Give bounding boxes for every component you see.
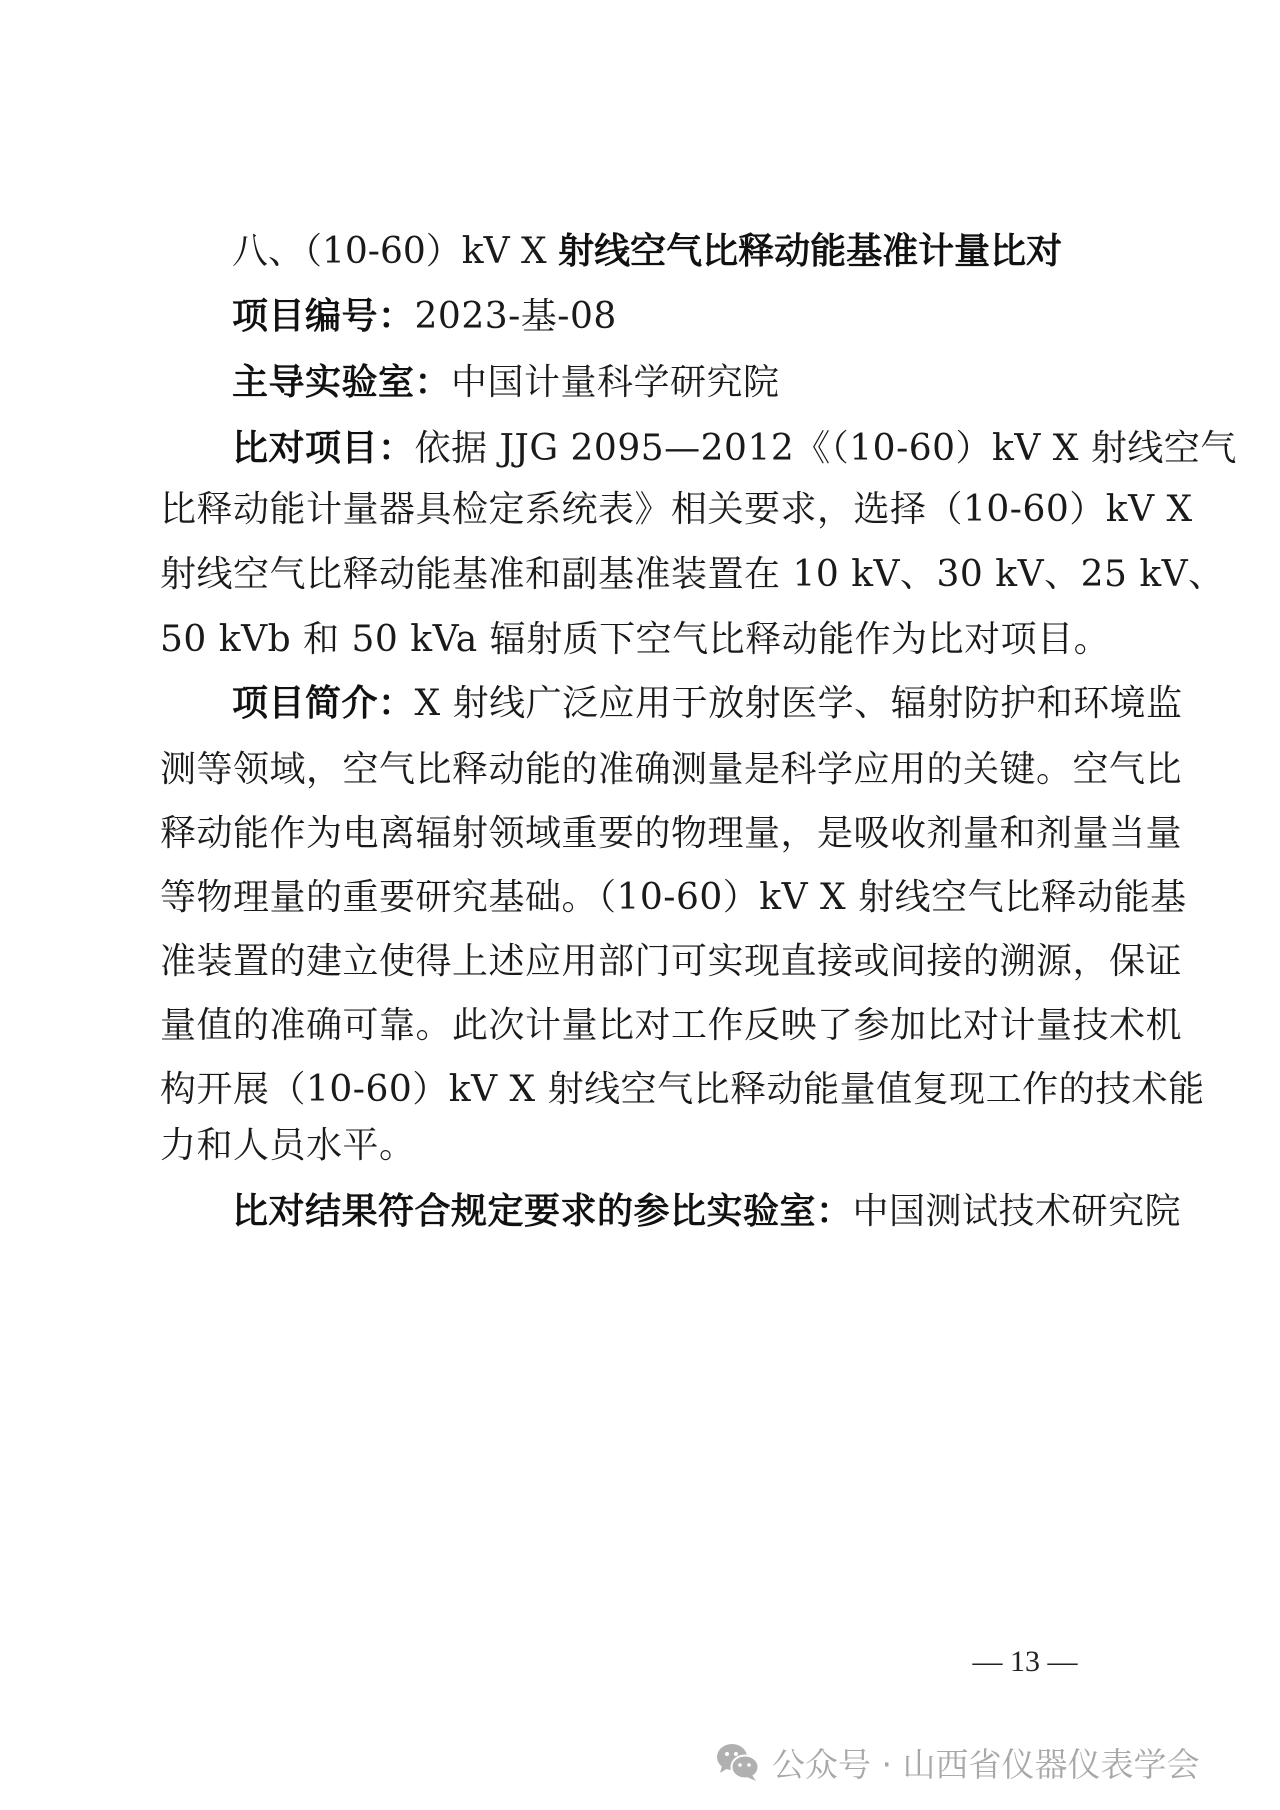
- introduction-line-5: 准装置的建立使得上述应用部门可实现直接或间接的溯源，保证: [160, 930, 1120, 994]
- comparison-item-line-4: 50 kVb 和 50 kVa 辐射质下空气比释动能作为比对项目。: [160, 608, 1120, 672]
- introduction-line-7: 构开展（10-60）kV X 射线空气比释动能量值复现工作的技术能: [160, 1058, 1120, 1122]
- result-value: 中国测试技术研究院: [853, 1191, 1182, 1232]
- introduction-line-3: 释动能作为电离辐射领域重要的物理量，是吸收剂量和剂量当量: [160, 802, 1120, 866]
- page-number: — 13 —: [955, 1640, 1095, 1684]
- introduction-line-2: 测等领域，空气比释动能的准确测量是科学应用的关键。空气比: [160, 738, 1120, 802]
- lead-lab-label: 主导实验室：: [232, 362, 451, 403]
- introduction-line-6: 量值的准确可靠。此次计量比对工作反映了参加比对计量技术机: [160, 994, 1120, 1058]
- comparison-item-text: 依据 JJG 2095—2012《（10-60）kV X 射线空气: [415, 428, 1237, 469]
- wechat-icon: [716, 1742, 760, 1782]
- project-number-value: 2023-基-08: [415, 296, 617, 337]
- introduction-text: X 射线广泛应用于放射医学、辐射防护和环境监: [415, 683, 1183, 724]
- project-number-label: 项目编号：: [232, 296, 415, 337]
- lead-lab-value: 中国计量科学研究院: [451, 362, 780, 403]
- watermark: 公众号 · 山西省仪器仪表学会: [716, 1738, 1199, 1786]
- introduction-line-8: 力和人员水平。: [160, 1114, 1120, 1178]
- comparison-item-line-3: 射线空气比释动能基准和副基准装置在 10 kV、30 kV、25 kV、: [160, 543, 1120, 607]
- result-row: 比对结果符合规定要求的参比实验室：中国测试技术研究院: [232, 1180, 1120, 1244]
- comparison-item-label: 比对项目：: [232, 428, 415, 469]
- result-label: 比对结果符合规定要求的参比实验室：: [232, 1191, 853, 1232]
- section-title: 八、（10-60）kV X 射线空气比释动能基准计量比对: [232, 220, 1120, 284]
- comparison-item-line-1: 比对项目：依据 JJG 2095—2012《（10-60）kV X 射线空气: [232, 417, 1120, 481]
- introduction-label: 项目简介：: [232, 683, 415, 724]
- section-title-prefix: 八、（10-60）kV X: [232, 231, 558, 272]
- comparison-item-line-2: 比释动能计量器具检定系统表》相关要求，选择（10-60）kV X: [160, 478, 1120, 542]
- watermark-text: 公众号 · 山西省仪器仪表学会: [772, 1739, 1199, 1786]
- introduction-line-4: 等物理量的重要研究基础。（10-60）kV X 射线空气比释动能基: [160, 866, 1120, 930]
- project-number-row: 项目编号：2023-基-08: [232, 285, 1120, 349]
- introduction-line-1: 项目简介：X 射线广泛应用于放射医学、辐射防护和环境监: [232, 672, 1120, 736]
- section-title-main: 射线空气比释动能基准计量比对: [558, 231, 1062, 272]
- lead-lab-row: 主导实验室：中国计量科学研究院: [232, 351, 1120, 415]
